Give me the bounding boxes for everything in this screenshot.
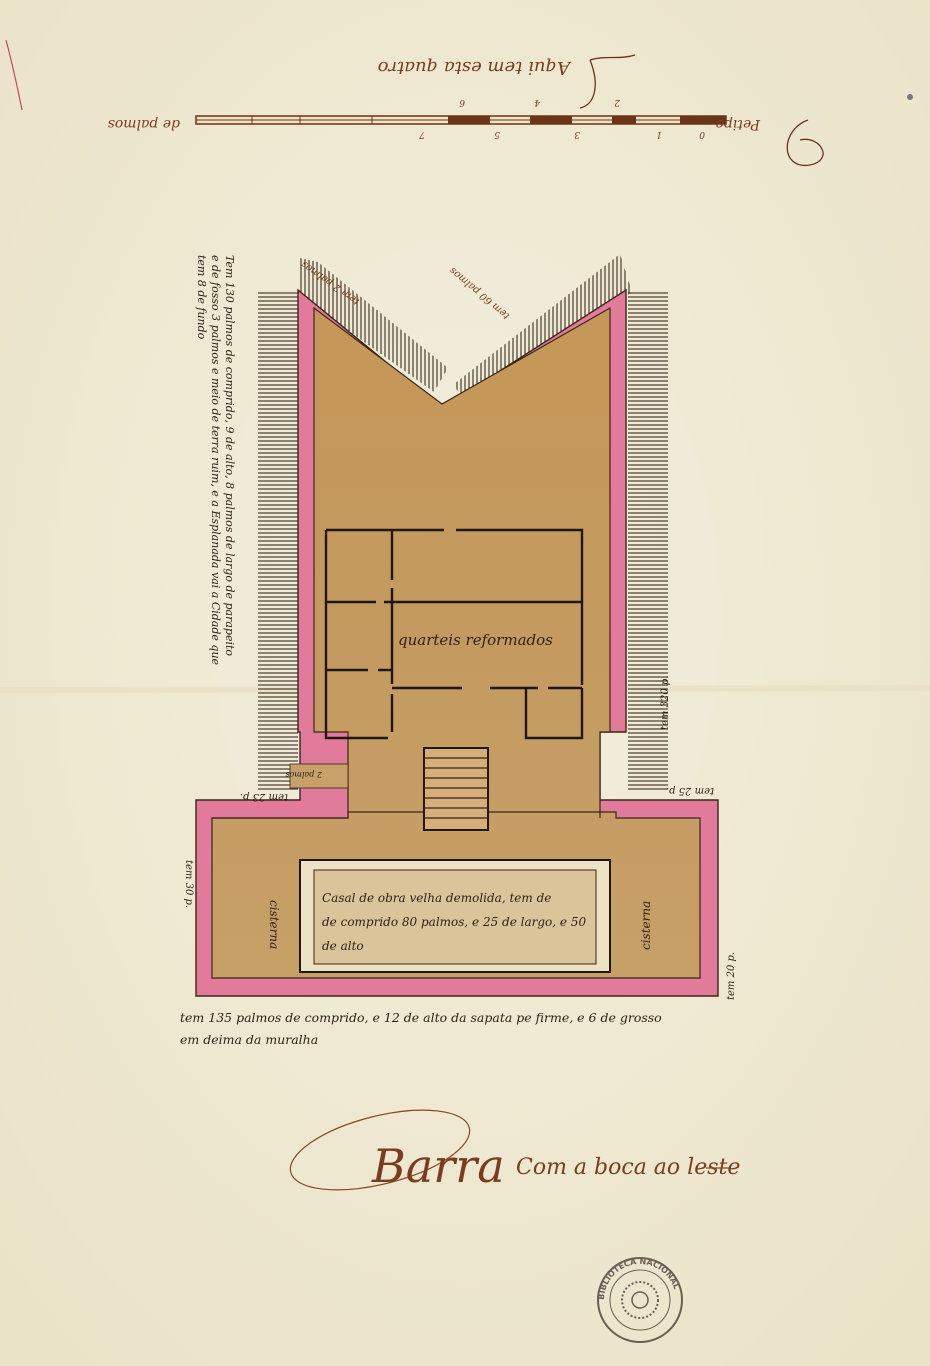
bottom-note-line: tem 135 palmos de comprido, e 12 de alto… [180,1010,662,1025]
chapel-text-line: Casal de obra velha demolida, tem de [322,891,551,905]
cistern-right-label: cisterna [639,901,653,950]
scale-tick: 5 [494,129,500,139]
scale-label-petipe: Petipe [716,116,761,132]
pier-left-lower [322,790,346,816]
right-base-label: tem 20 p. [726,952,737,1000]
staircase [424,748,488,830]
chapel-text-line: de comprido 80 palmos, e 25 de largo, e … [322,915,586,929]
scale-tick: 3 [574,129,580,139]
hatch-left-flank [258,292,298,790]
east-wall-label: tem 320 p. [660,676,671,730]
scale-tick: 1 [656,129,662,139]
scale-tick: 6 [459,97,465,107]
cistern-left-label: cisterna [267,900,281,949]
scale-tick: 7 [419,129,425,139]
side-note-line: e de fosso 3 palmos e meio de terra ruim… [209,255,222,666]
scale-tick: 0 [699,129,705,139]
west-low-label: tem 23 p. [240,791,288,802]
side-note-line: tem 8 de fundo [195,255,208,340]
chapel-room: Casal de obra velha demolida, tem de de … [300,860,610,972]
right-low-label: tem 25 p. [666,785,714,796]
rooms-label: quarteis reformados [398,631,553,649]
scale-tick: 2 [614,97,621,107]
scale-caption: Aqui tem esta quatro [377,57,572,78]
scale-tick: 4 [534,97,541,107]
chapel-text-line: de alto [322,939,364,953]
passage-label: 2 palmos [285,770,323,779]
scale-label-palmos: de palmos [108,116,180,132]
title-main: Barra [371,1139,505,1193]
left-base-label: tem 30 p. [183,860,194,908]
pin-hole [907,94,913,100]
side-note-line: Tem 130 palmos de comprido, 9 de alto, 8… [223,255,236,656]
bottom-note-line: em deima da muralha [180,1032,318,1047]
manuscript-sheet: Petipe de palmos 0 1 2 3 4 5 6 7 Aqui te… [0,0,930,1366]
